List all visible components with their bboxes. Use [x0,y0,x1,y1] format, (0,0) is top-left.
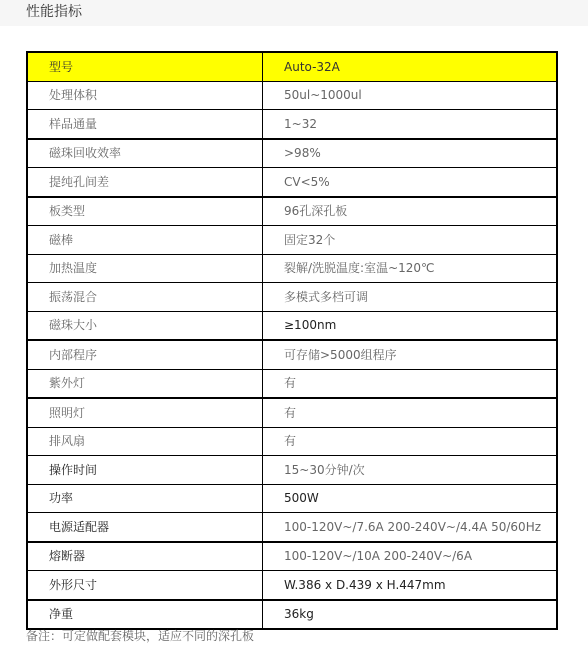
table-row: 提纯孔间差 CV<5% [27,168,557,197]
spec-value: 15~30分钟/次 [263,456,558,485]
spec-value: CV<5% [263,168,558,197]
spec-table: 型号 Auto-32A 处理体积 50ul~1000ul 样品通量 1~32 磁… [26,51,558,630]
spec-label: 操作时间 [27,456,263,485]
table-row: 磁珠大小 ≥100nm [27,311,557,340]
spec-label: 内部程序 [27,340,263,369]
spec-value: 100-120V~/7.6A 200-240V~/4.4A 50/60Hz [263,513,558,542]
spec-label: 磁棒 [27,226,263,255]
spec-value: 100-120V~/10A 200-240V~/6A [263,542,558,571]
spec-value: 裂解/洗脱温度:室温~120℃ [263,254,558,283]
spec-label: 样品通量 [27,110,263,139]
spec-value: 50ul~1000ul [263,81,558,110]
spec-label: 型号 [27,52,263,81]
spec-label: 熔断器 [27,542,263,571]
spec-value: 1~32 [263,110,558,139]
spec-label: 磁珠回收效率 [27,139,263,168]
table-row: 板类型 96孔深孔板 [27,197,557,226]
table-row: 净重 36kg [27,600,557,630]
table-row: 紫外灯 有 [27,369,557,398]
spec-label: 磁珠大小 [27,311,263,340]
spec-label: 排风扇 [27,427,263,456]
spec-label: 电源适配器 [27,513,263,542]
table-row: 操作时间 15~30分钟/次 [27,456,557,485]
table-row: 振荡混合 多模式多档可调 [27,283,557,312]
spec-value: 有 [263,398,558,427]
table-row: 功率 500W [27,484,557,513]
spec-label: 板类型 [27,197,263,226]
spec-label: 外形尺寸 [27,571,263,600]
spec-value: 有 [263,427,558,456]
table-row: 样品通量 1~32 [27,110,557,139]
spec-value: 500W [263,484,558,513]
spec-value: 96孔深孔板 [263,197,558,226]
table-row: 电源适配器 100-120V~/7.6A 200-240V~/4.4A 50/6… [27,513,557,542]
table-row: 处理体积 50ul~1000ul [27,81,557,110]
spec-value: ≥100nm [263,311,558,340]
table-row: 外形尺寸 W.386 x D.439 x H.447mm [27,571,557,600]
spec-value: 36kg [263,600,558,630]
table-row: 熔断器 100-120V~/10A 200-240V~/6A [27,542,557,571]
spec-label: 紫外灯 [27,369,263,398]
spec-label: 照明灯 [27,398,263,427]
table-row: 磁珠回收效率 >98% [27,139,557,168]
spec-value: 有 [263,369,558,398]
spec-value: Auto-32A [263,52,558,81]
table-row: 加热温度 裂解/洗脱温度:室温~120℃ [27,254,557,283]
spec-value: 可存储>5000组程序 [263,340,558,369]
spec-label: 处理体积 [27,81,263,110]
table-row: 照明灯 有 [27,398,557,427]
spec-value: >98% [263,139,558,168]
table-row: 排风扇 有 [27,427,557,456]
section-title: 性能指标 [26,2,82,22]
spec-label: 加热温度 [27,254,263,283]
table-row: 内部程序 可存储>5000组程序 [27,340,557,369]
spec-label: 提纯孔间差 [27,168,263,197]
spec-value: 多模式多档可调 [263,283,558,312]
spec-value: W.386 x D.439 x H.447mm [263,571,558,600]
section-header: 性能指标 [0,0,588,26]
footnote: 备注：可定做配套模块，适应不同的深孔板 [26,628,254,644]
spec-label: 功率 [27,484,263,513]
table-row: 磁棒 固定32个 [27,226,557,255]
spec-label: 净重 [27,600,263,630]
spec-value: 固定32个 [263,226,558,255]
table-header-row: 型号 Auto-32A [27,52,557,81]
spec-label: 振荡混合 [27,283,263,312]
